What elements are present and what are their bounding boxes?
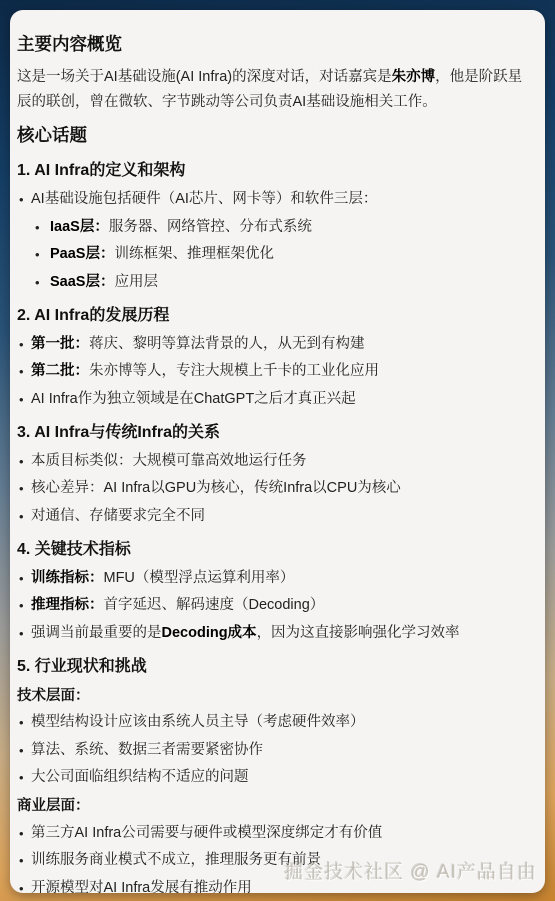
bullet-item: •推理指标：首字延迟、解码速度（Decoding） bbox=[17, 596, 529, 615]
bullet-item: •AI基础设施包括硬件（AI芯片、网卡等）和软件三层： bbox=[17, 190, 529, 209]
bullet-text: 第一批：蒋庆、黎明等算法背景的人，从无到有构建 bbox=[31, 335, 529, 354]
bullet-dot-icon: • bbox=[17, 362, 31, 381]
intro-paragraph: 这是一场关于AI基础设施(AI Infra)的深度对话，对话嘉宾是朱亦博，他是阶… bbox=[17, 65, 529, 115]
bullet-text: 训练服务商业模式不成立，推理服务更有前景 bbox=[31, 851, 529, 870]
bullet-text: 算法、系统、数据三者需要紧密协作 bbox=[31, 741, 529, 760]
bullet-item: •PaaS层：训练框架、推理框架优化 bbox=[32, 245, 529, 264]
text-segment: 强调当前最重要的是 bbox=[31, 625, 162, 641]
bold-text-segment: SaaS层： bbox=[50, 274, 114, 290]
text-segment: 训练服务商业模式不成立，推理服务更有前景 bbox=[31, 852, 321, 868]
text-segment: 算法、系统、数据三者需要紧密协作 bbox=[31, 742, 263, 758]
bullet-text: 模型结构设计应该由系统人员主导（考虑硬件效率） bbox=[31, 713, 529, 732]
bullet-item: •模型结构设计应该由系统人员主导（考虑硬件效率） bbox=[17, 713, 529, 732]
bullet-text: 开源模型对AI Infra发展有推动作用 bbox=[31, 879, 529, 894]
bold-text-segment: 第一批： bbox=[31, 336, 89, 352]
bullet-text: SaaS层：应用层 bbox=[50, 273, 529, 292]
bold-text-segment: 训练指标： bbox=[31, 570, 104, 586]
text-segment: 首字延迟、解码速度（Decoding） bbox=[104, 597, 325, 613]
bullet-dot-icon: • bbox=[17, 452, 31, 471]
text-segment: 服务器、网络管控、分布式系统 bbox=[109, 219, 312, 235]
text-segment: 大公司面临组织结构不适应的问题 bbox=[31, 769, 249, 785]
bullet-text: 第三方AI Infra公司需要与硬件或模型深度绑定才有价值 bbox=[31, 824, 529, 843]
bullet-item: •AI Infra作为独立领域是在ChatGPT之后才真正兴起 bbox=[17, 390, 529, 409]
bullet-text: 强调当前最重要的是Decoding成本，因为这直接影响强化学习效率 bbox=[31, 624, 529, 643]
bullet-dot-icon: • bbox=[32, 218, 50, 237]
bullet-text: 核心差异：AI Infra以GPU为核心，传统Infra以CPU为核心 bbox=[31, 479, 529, 498]
bullet-dot-icon: • bbox=[17, 569, 31, 588]
bold-text-segment: IaaS层： bbox=[50, 219, 109, 235]
bullet-item: •强调当前最重要的是Decoding成本，因为这直接影响强化学习效率 bbox=[17, 624, 529, 643]
bullet-dot-icon: • bbox=[17, 596, 31, 615]
text-segment: MFU（模型浮点运算利用率） bbox=[104, 570, 295, 586]
text-segment: ，因为这直接影响强化学习效率 bbox=[257, 625, 460, 641]
bullet-item: •核心差异：AI Infra以GPU为核心，传统Infra以CPU为核心 bbox=[17, 479, 529, 498]
text-segment: 应用层 bbox=[114, 274, 158, 290]
bullet-dot-icon: • bbox=[17, 768, 31, 787]
bullet-text: 对通信、存储要求完全不同 bbox=[31, 507, 529, 526]
bullet-item: •大公司面临组织结构不适应的问题 bbox=[17, 768, 529, 787]
bullet-text: 本质目标类似：大规模可靠高效地运行任务 bbox=[31, 452, 529, 471]
bullet-item: •第三方AI Infra公司需要与硬件或模型深度绑定才有价值 bbox=[17, 824, 529, 843]
bold-text-segment: Decoding成本 bbox=[162, 625, 257, 641]
bullet-dot-icon: • bbox=[32, 245, 50, 264]
text-segment: 核心差异：AI Infra以GPU为核心，传统Infra以CPU为核心 bbox=[31, 480, 401, 496]
page-title: 主要内容概览 bbox=[17, 32, 529, 56]
sub-heading: 商业层面： bbox=[17, 797, 529, 816]
bullet-text: AI基础设施包括硬件（AI芯片、网卡等）和软件三层： bbox=[31, 190, 529, 209]
text-segment: 朱亦博等人，专注大规模上千卡的工业化应用 bbox=[89, 363, 379, 379]
text-segment: 模型结构设计应该由系统人员主导（考虑硬件效率） bbox=[31, 714, 365, 730]
bullet-dot-icon: • bbox=[17, 335, 31, 354]
bullet-item: •第一批：蒋庆、黎明等算法背景的人，从无到有构建 bbox=[17, 335, 529, 354]
bold-text-segment: PaaS层： bbox=[50, 246, 114, 262]
text-segment: 对通信、存储要求完全不同 bbox=[31, 508, 205, 524]
bullet-dot-icon: • bbox=[17, 479, 31, 498]
text-segment: 蒋庆、黎明等算法背景的人，从无到有构建 bbox=[89, 336, 365, 352]
bullet-item: •开源模型对AI Infra发展有推动作用 bbox=[17, 879, 529, 894]
bullet-dot-icon: • bbox=[17, 507, 31, 526]
bullet-item: •训练指标：MFU（模型浮点运算利用率） bbox=[17, 569, 529, 588]
section-heading: 1. AI Infra的定义和架构 bbox=[17, 161, 529, 181]
bullet-item: •算法、系统、数据三者需要紧密协作 bbox=[17, 741, 529, 760]
section-heading: 2. AI Infra的发展历程 bbox=[17, 306, 529, 326]
text-segment: 这是一场关于AI基础设施(AI Infra)的深度对话，对话嘉宾是 bbox=[17, 69, 392, 85]
section-heading: 3. AI Infra与传统Infra的关系 bbox=[17, 423, 529, 443]
summary-card: 主要内容概览 这是一场关于AI基础设施(AI Infra)的深度对话，对话嘉宾是… bbox=[10, 10, 545, 893]
bullet-dot-icon: • bbox=[17, 879, 31, 894]
bullet-text: 第二批：朱亦博等人，专注大规模上千卡的工业化应用 bbox=[31, 362, 529, 381]
bullet-dot-icon: • bbox=[17, 824, 31, 843]
bullet-text: PaaS层：训练框架、推理框架优化 bbox=[50, 245, 529, 264]
bullet-item: •SaaS层：应用层 bbox=[32, 273, 529, 292]
bullet-text: 训练指标：MFU（模型浮点运算利用率） bbox=[31, 569, 529, 588]
bullet-item: •第二批：朱亦博等人，专注大规模上千卡的工业化应用 bbox=[17, 362, 529, 381]
bullet-text: 大公司面临组织结构不适应的问题 bbox=[31, 768, 529, 787]
bullet-dot-icon: • bbox=[17, 741, 31, 760]
text-segment: 开源模型对AI Infra发展有推动作用 bbox=[31, 880, 252, 894]
text-segment: 本质目标类似：大规模可靠高效地运行任务 bbox=[31, 453, 307, 469]
bullet-dot-icon: • bbox=[17, 713, 31, 732]
text-segment: AI基础设施包括硬件（AI芯片、网卡等）和软件三层： bbox=[31, 191, 377, 207]
section-heading: 4. 关键技术指标 bbox=[17, 540, 529, 560]
bullet-dot-icon: • bbox=[32, 273, 50, 292]
text-segment: 训练框架、推理框架优化 bbox=[114, 246, 274, 262]
bullet-dot-icon: • bbox=[17, 851, 31, 870]
bold-text-segment: 推理指标： bbox=[31, 597, 104, 613]
bullet-text: AI Infra作为独立领域是在ChatGPT之后才真正兴起 bbox=[31, 390, 529, 409]
bullet-item: •IaaS层：服务器、网络管控、分布式系统 bbox=[32, 218, 529, 237]
sections-container: 1. AI Infra的定义和架构•AI基础设施包括硬件（AI芯片、网卡等）和软… bbox=[17, 161, 529, 893]
guest-name-bold: 朱亦博 bbox=[392, 69, 436, 85]
bullet-item: •训练服务商业模式不成立，推理服务更有前景 bbox=[17, 851, 529, 870]
text-segment: 第三方AI Infra公司需要与硬件或模型深度绑定才有价值 bbox=[31, 825, 382, 841]
bullet-dot-icon: • bbox=[17, 190, 31, 209]
bold-text-segment: 第二批： bbox=[31, 363, 89, 379]
bullet-item: •对通信、存储要求完全不同 bbox=[17, 507, 529, 526]
bullet-dot-icon: • bbox=[17, 390, 31, 409]
bullet-text: 推理指标：首字延迟、解码速度（Decoding） bbox=[31, 596, 529, 615]
bullet-dot-icon: • bbox=[17, 624, 31, 643]
bullet-item: •本质目标类似：大规模可靠高效地运行任务 bbox=[17, 452, 529, 471]
bullet-text: IaaS层：服务器、网络管控、分布式系统 bbox=[50, 218, 529, 237]
sub-heading: 技术层面： bbox=[17, 687, 529, 706]
section-heading: 5. 行业现状和挑战 bbox=[17, 657, 529, 677]
topics-heading: 核心话题 bbox=[17, 123, 529, 147]
text-segment: AI Infra作为独立领域是在ChatGPT之后才真正兴起 bbox=[31, 391, 356, 407]
